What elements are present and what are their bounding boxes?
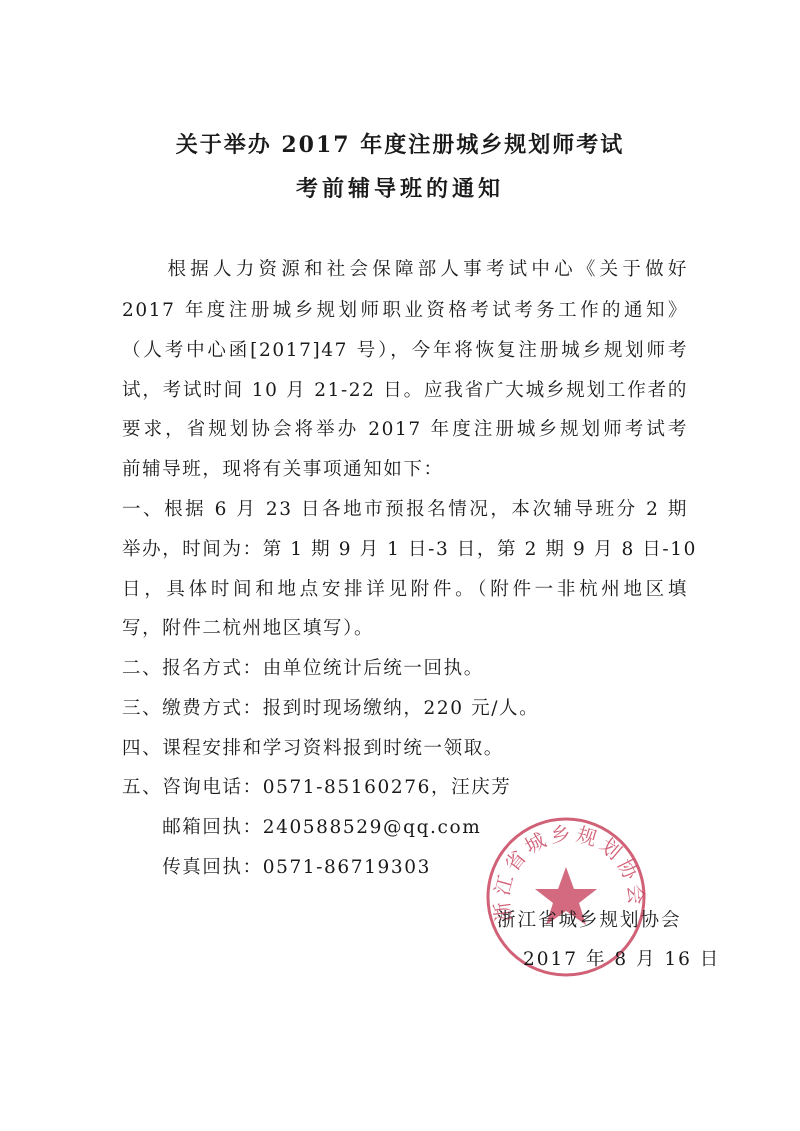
document-title-line2: 考前辅导班的通知 (0, 172, 800, 203)
body-line: 前辅导班，现将有关事项通知如下： (122, 455, 444, 481)
body-line: 根据人力资源和社会保障部人事考试中心《关于做好 (122, 255, 688, 281)
body-line: （人考中心函[2017]47 号），今年将恢复注册城乡规划师考 (122, 336, 688, 362)
body-line: 日，具体时间和地点安排详见附件。（附件一非杭州地区填 (122, 575, 688, 601)
section-item-1: 一、根据 6 月 23 日各地市预报名情况，本次辅导班分 2 期 (122, 495, 688, 521)
body-line: 2017 年度注册城乡规划师职业资格考试考务工作的通知》 (122, 296, 688, 322)
fax-receipt-line: 传真回执：0571-86719303 (122, 853, 431, 879)
section-item-5: 五、咨询电话：0571-85160276，汪庆芳 (122, 773, 511, 799)
signature-organization: 浙江省城乡规划协会 (497, 906, 682, 932)
body-line: 写，附件二杭州地区填写）。 (122, 614, 374, 640)
section-item-4: 四、课程安排和学习资料报到时统一领取。 (122, 734, 504, 760)
document-title-line1: 关于举办 2017 年度注册城乡规划师考试 (0, 128, 800, 159)
email-receipt-line: 邮箱回执：240588529@qq.com (122, 813, 481, 839)
body-line: 试，考试时间 10 月 21-22 日。应我省广大城乡规划工作者的 (122, 376, 688, 402)
section-item-2: 二、报名方式：由单位统计后统一回执。 (122, 654, 484, 680)
body-line: 要求，省规划协会将举办 2017 年度注册城乡规划师考试考 (122, 415, 688, 441)
body-line: 举办，时间为：第 1 期 9 月 1 日-3 日，第 2 期 9 月 8 日-1… (122, 535, 688, 561)
document-page: 关于举办 2017 年度注册城乡规划师考试 考前辅导班的通知 根据人力资源和社会… (0, 0, 800, 1131)
signature-date: 2017 年 8 月 16 日 (523, 945, 720, 971)
section-item-3: 三、缴费方式：报到时现场缴纳，220 元/人。 (122, 694, 539, 720)
